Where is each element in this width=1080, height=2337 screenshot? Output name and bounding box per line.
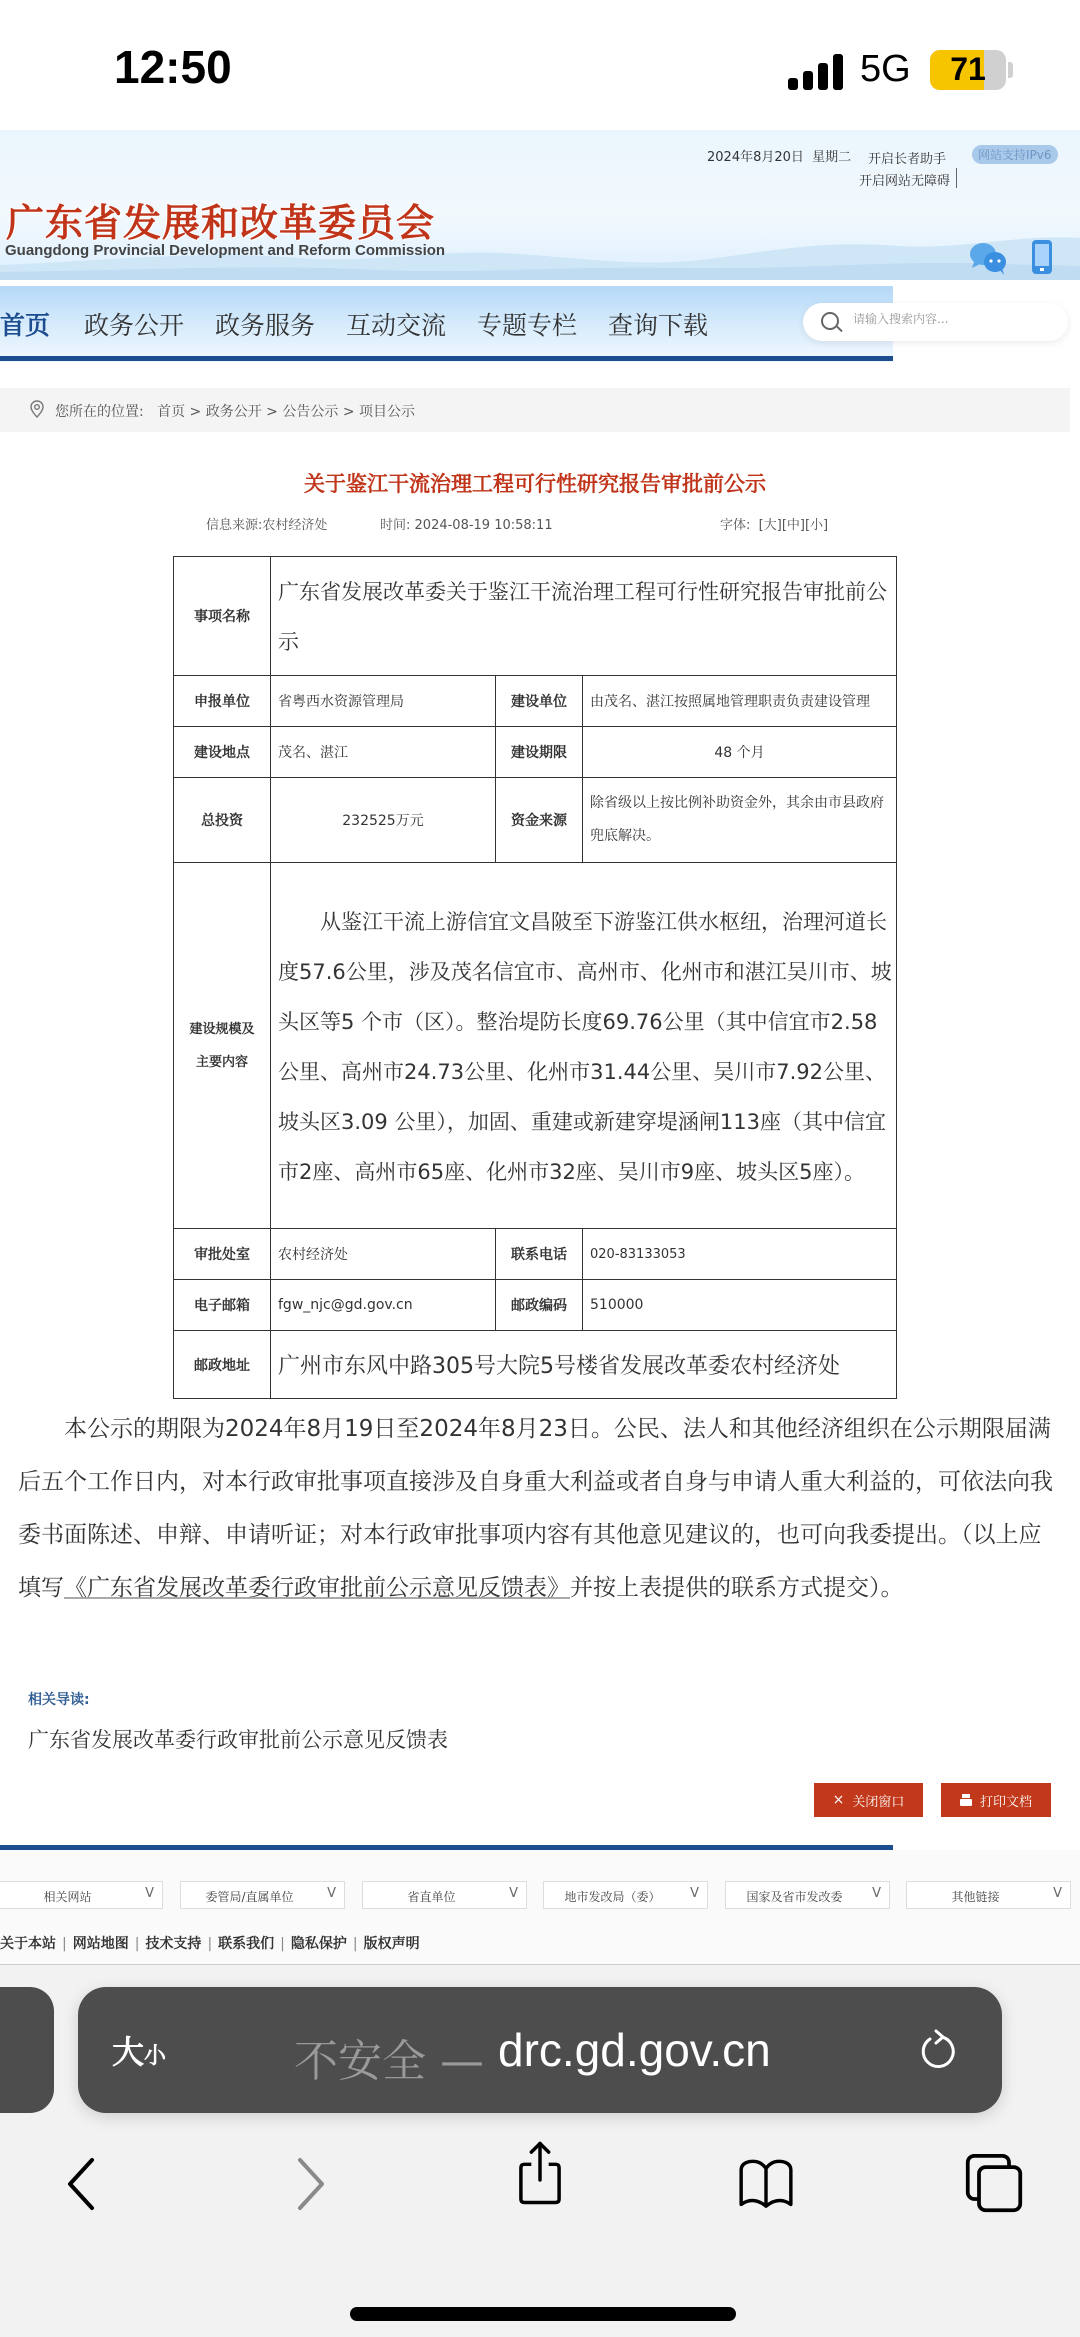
period-label: 建设期限 [496,727,583,778]
forward-icon[interactable] [282,2150,342,2216]
share-icon[interactable] [510,2140,570,2206]
breadcrumb-text: 您所在的位置: 首页 > 政务公开 > 公告公示 > 项目公示 [55,401,415,421]
font-size-label: 字体: [720,518,750,533]
search-input[interactable] [853,312,1053,326]
select-provincial-units[interactable]: 省直单位V [362,1881,527,1909]
breadcrumb-prefix: 您所在的位置: [55,404,144,420]
chevron-down-icon: V [872,1886,881,1901]
footer-link-contact[interactable]: 联系我们 [218,1936,274,1952]
breadcrumb-notices[interactable]: 公告公示 [282,404,338,420]
previous-tab-preview[interactable] [0,1987,54,2113]
header-date: 2024年8月20日 星期二 [707,146,851,165]
location-label: 建设地点 [174,727,271,778]
chevron-down-icon: V [690,1886,699,1901]
select-label: 相关网站 [0,1888,136,1905]
select-label: 地市发改局（委） [544,1888,681,1905]
notice-text-1: 本公示的期限为2024年8月19日至2024年8月23日。公民、法人和其他经济组… [18,1416,1053,1601]
mobile-site-icon[interactable] [1032,240,1052,274]
accessibility-link[interactable]: 开启网站无障碍 [859,170,950,189]
builder-label: 建设单位 [496,676,583,727]
source-label: 信息来源: [206,518,262,533]
breadcrumb-home[interactable]: 首页 [157,404,185,420]
select-related-sites[interactable]: 相关网站V [0,1881,163,1909]
print-document-button[interactable]: 打印文档 [941,1783,1051,1817]
breadcrumb-separator: > [266,404,278,420]
chevron-down-icon: V [1053,1886,1062,1901]
search-icon[interactable] [821,312,839,330]
email-value: fgw_njc@gd.gov.cn [271,1280,496,1331]
investment-value: 232525万元 [271,778,496,863]
battery-icon: 71 [930,50,1006,90]
reload-icon[interactable] [916,2027,960,2075]
site-header: 2024年8月20日 星期二 开启长者助手 网站支持IPv6 开启网站无障碍 广… [0,130,1080,280]
footer-link-sitemap[interactable]: 网站地图 [73,1936,129,1952]
breadcrumb-separator: > [190,404,202,420]
url-host: drc.gd.gov.cn [498,2023,771,2077]
back-icon[interactable] [50,2150,110,2216]
font-size-medium[interactable]: [中] [782,518,805,533]
notice-text-2: 并按上表提供的联系方式提交）。 [570,1575,904,1601]
select-other-links[interactable]: 其他链接V [906,1881,1071,1909]
footer-link-copyright[interactable]: 版权声明 [364,1936,420,1952]
source-value: 农村经济处 [262,518,327,533]
close-window-label: 关闭窗口 [852,1791,904,1810]
time-label: 时间: [380,518,410,533]
select-affiliated-units[interactable]: 委管局/直属单位V [180,1881,345,1909]
nav-underline [0,356,893,361]
date-text: 2024年8月20日 [707,150,804,165]
postcode-label: 邮政编码 [496,1280,583,1331]
table-row: 总投资 232525万元 资金来源 除省级以上按比例补助资金外，其余由市县政府兜… [174,778,897,863]
network-type: 5G [860,48,911,91]
office-label: 审批处室 [174,1229,271,1280]
status-bar: 12:50 5G 71 [0,0,1080,130]
table-row: 邮政地址 广州市东风中路305号大院5号楼省发展改革委农村经济处 [174,1331,897,1399]
scale-text: 从鉴江干流上游信宜文昌陂至下游鉴江供水枢纽，治理河道长度57.6公里，涉及茂名信… [278,910,892,1184]
chevron-down-icon: V [145,1886,154,1901]
select-label: 省直单位 [363,1888,500,1905]
bookmarks-icon[interactable] [736,2150,796,2216]
printer-icon [960,1794,972,1806]
scale-label: 建设规模及 主要内容 [174,863,271,1229]
site-logo-cn[interactable]: 广东省发展和改革委员会 [6,192,435,247]
font-size-controls: 字体: [大][中][小] [720,514,828,533]
breadcrumb-project-notices[interactable]: 项目公示 [359,404,415,420]
project-info-table: 事项名称 广东省发展改革委关于鉴江干流治理工程可行性研究报告审批前公示 申报单位… [173,556,897,1399]
funding-value: 除省级以上按比例补助资金外，其余由市县政府兜底解决。 [583,778,897,863]
footer-link-tech-support[interactable]: 技术支持 [145,1936,201,1952]
aa-small: 小 [144,2044,166,2069]
address-value: 广州市东风中路305号大院5号楼省发展改革委农村经济处 [271,1331,897,1399]
article-title: 关于鉴江干流治理工程可行性研究报告审批前公示 [0,468,1070,498]
builder-value: 由茂名、湛江按照属地管理职责负责建设管理 [583,676,897,727]
print-document-label: 打印文档 [980,1791,1032,1810]
status-time: 12:50 [114,40,232,94]
ipv6-badge: 网站支持IPv6 [972,145,1058,164]
battery-tip [1008,62,1013,78]
divider [956,168,957,188]
item-name-label: 事项名称 [174,557,271,676]
nav-item-query-download[interactable]: 查询下载 [608,306,708,342]
page-settings-button[interactable]: 大小 [112,2027,166,2073]
phone-value: 020-83133053 [583,1229,897,1280]
notice-paragraph: 本公示的期限为2024年8月19日至2024年8月23日。公民、法人和其他经济组… [18,1403,1058,1615]
applicant-value: 省粤西水资源管理局 [271,676,496,727]
applicant-label: 申报单位 [174,676,271,727]
select-label: 委管局/直属单位 [181,1888,318,1905]
postcode-value: 510000 [583,1280,897,1331]
elder-mode-link[interactable]: 开启长者助手 [868,148,946,167]
close-icon: × [833,1792,845,1808]
battery-level: 71 [930,51,1006,88]
table-row: 建设规模及 主要内容 从鉴江干流上游信宜文昌陂至下游鉴江供水枢纽，治理河道长度5… [174,863,897,1229]
investment-label: 总投资 [174,778,271,863]
phone-label: 联系电话 [496,1229,583,1280]
scale-label-line2: 主要内容 [196,1055,248,1070]
weekday-text: 星期二 [812,150,851,165]
location-value: 茂名、湛江 [271,727,496,778]
footer-links: 关于本站|网站地图|技术支持|联系我们|隐私保护|版权声明 [0,1933,420,1953]
footer-link-privacy[interactable]: 隐私保护 [291,1936,347,1952]
address-label: 邮政地址 [174,1331,271,1399]
breadcrumb-separator: > [343,404,355,420]
select-label: 国家及省市发改委 [726,1888,863,1905]
nav-item-special-topics[interactable]: 专题专栏 [477,306,577,342]
related-reading-link[interactable]: 广东省发展改革委行政审批前公示意见反馈表 [28,1724,448,1754]
wechat-icon[interactable] [968,240,1008,276]
scale-label-line1: 建设规模及 [189,1022,254,1037]
article-source: 信息来源:农村经济处 [206,514,327,533]
tabs-icon[interactable] [964,2150,1024,2216]
chevron-down-icon: V [509,1886,518,1901]
office-value: 农村经济处 [271,1229,496,1280]
table-row: 审批处室 农村经济处 联系电话 020-83133053 [174,1229,897,1280]
period-value: 48 个月 [583,727,897,778]
time-value: 2024-08-19 10:58:11 [415,518,553,533]
location-pin-icon [30,400,44,418]
breadcrumb-gov-open[interactable]: 政务公开 [206,404,262,420]
footer-link-about[interactable]: 关于本站 [0,1936,56,1952]
site-logo-en: Guangdong Provincial Development and Ref… [5,242,445,259]
item-name-value: 广东省发展改革委关于鉴江干流治理工程可行性研究报告审批前公示 [271,557,897,676]
chevron-down-icon: V [327,1886,336,1901]
aa-big: 大 [112,2033,144,2071]
home-indicator [350,2307,736,2321]
table-row: 事项名称 广东省发展改革委关于鉴江干流治理工程可行性研究报告审批前公示 [174,557,897,676]
main-nav: 首页 政务公开 政务服务 互动交流 专题专栏 查询下载 [0,286,893,362]
article-time: 时间: 2024-08-19 10:58:11 [380,514,553,533]
not-secure-label: 不安全 — [294,2025,484,2089]
table-row: 建设地点 茂名、湛江 建设期限 48 个月 [174,727,897,778]
related-reading-label: 相关导读: [28,1689,90,1709]
address-bar[interactable]: 大小 不安全 — drc.gd.gov.cn [78,1987,1002,2113]
nav-item-gov-affairs-open[interactable]: 政务公开 [84,306,184,342]
close-window-button[interactable]: × 关闭窗口 [814,1783,923,1817]
email-label: 电子邮箱 [174,1280,271,1331]
select-city-drc[interactable]: 地市发改局（委）V [543,1881,708,1909]
select-national-drc[interactable]: 国家及省市发改委V [725,1881,890,1909]
nav-item-interaction[interactable]: 互动交流 [346,306,446,342]
nav-item-home[interactable]: 首页 [0,306,50,342]
font-size-small[interactable]: [小] [805,518,828,533]
funding-label: 资金来源 [496,778,583,863]
cellular-signal-icon [788,54,846,90]
font-size-large[interactable]: [大] [759,518,782,533]
nav-item-gov-services[interactable]: 政务服务 [215,306,315,342]
table-row: 申报单位 省粤西水资源管理局 建设单位 由茂名、湛江按照属地管理职责负责建设管理 [174,676,897,727]
feedback-form-link[interactable]: 《广东省发展改革委行政审批前公示意见反馈表》 [64,1575,570,1601]
search-box[interactable] [803,303,1068,341]
breadcrumb: 您所在的位置: 首页 > 政务公开 > 公告公示 > 项目公示 [0,388,1070,432]
table-row: 电子邮箱 fgw_njc@gd.gov.cn 邮政编码 510000 [174,1280,897,1331]
select-label: 其他链接 [907,1888,1044,1905]
scale-value: 从鉴江干流上游信宜文昌陂至下游鉴江供水枢纽，治理河道长度57.6公里，涉及茂名信… [271,863,897,1229]
